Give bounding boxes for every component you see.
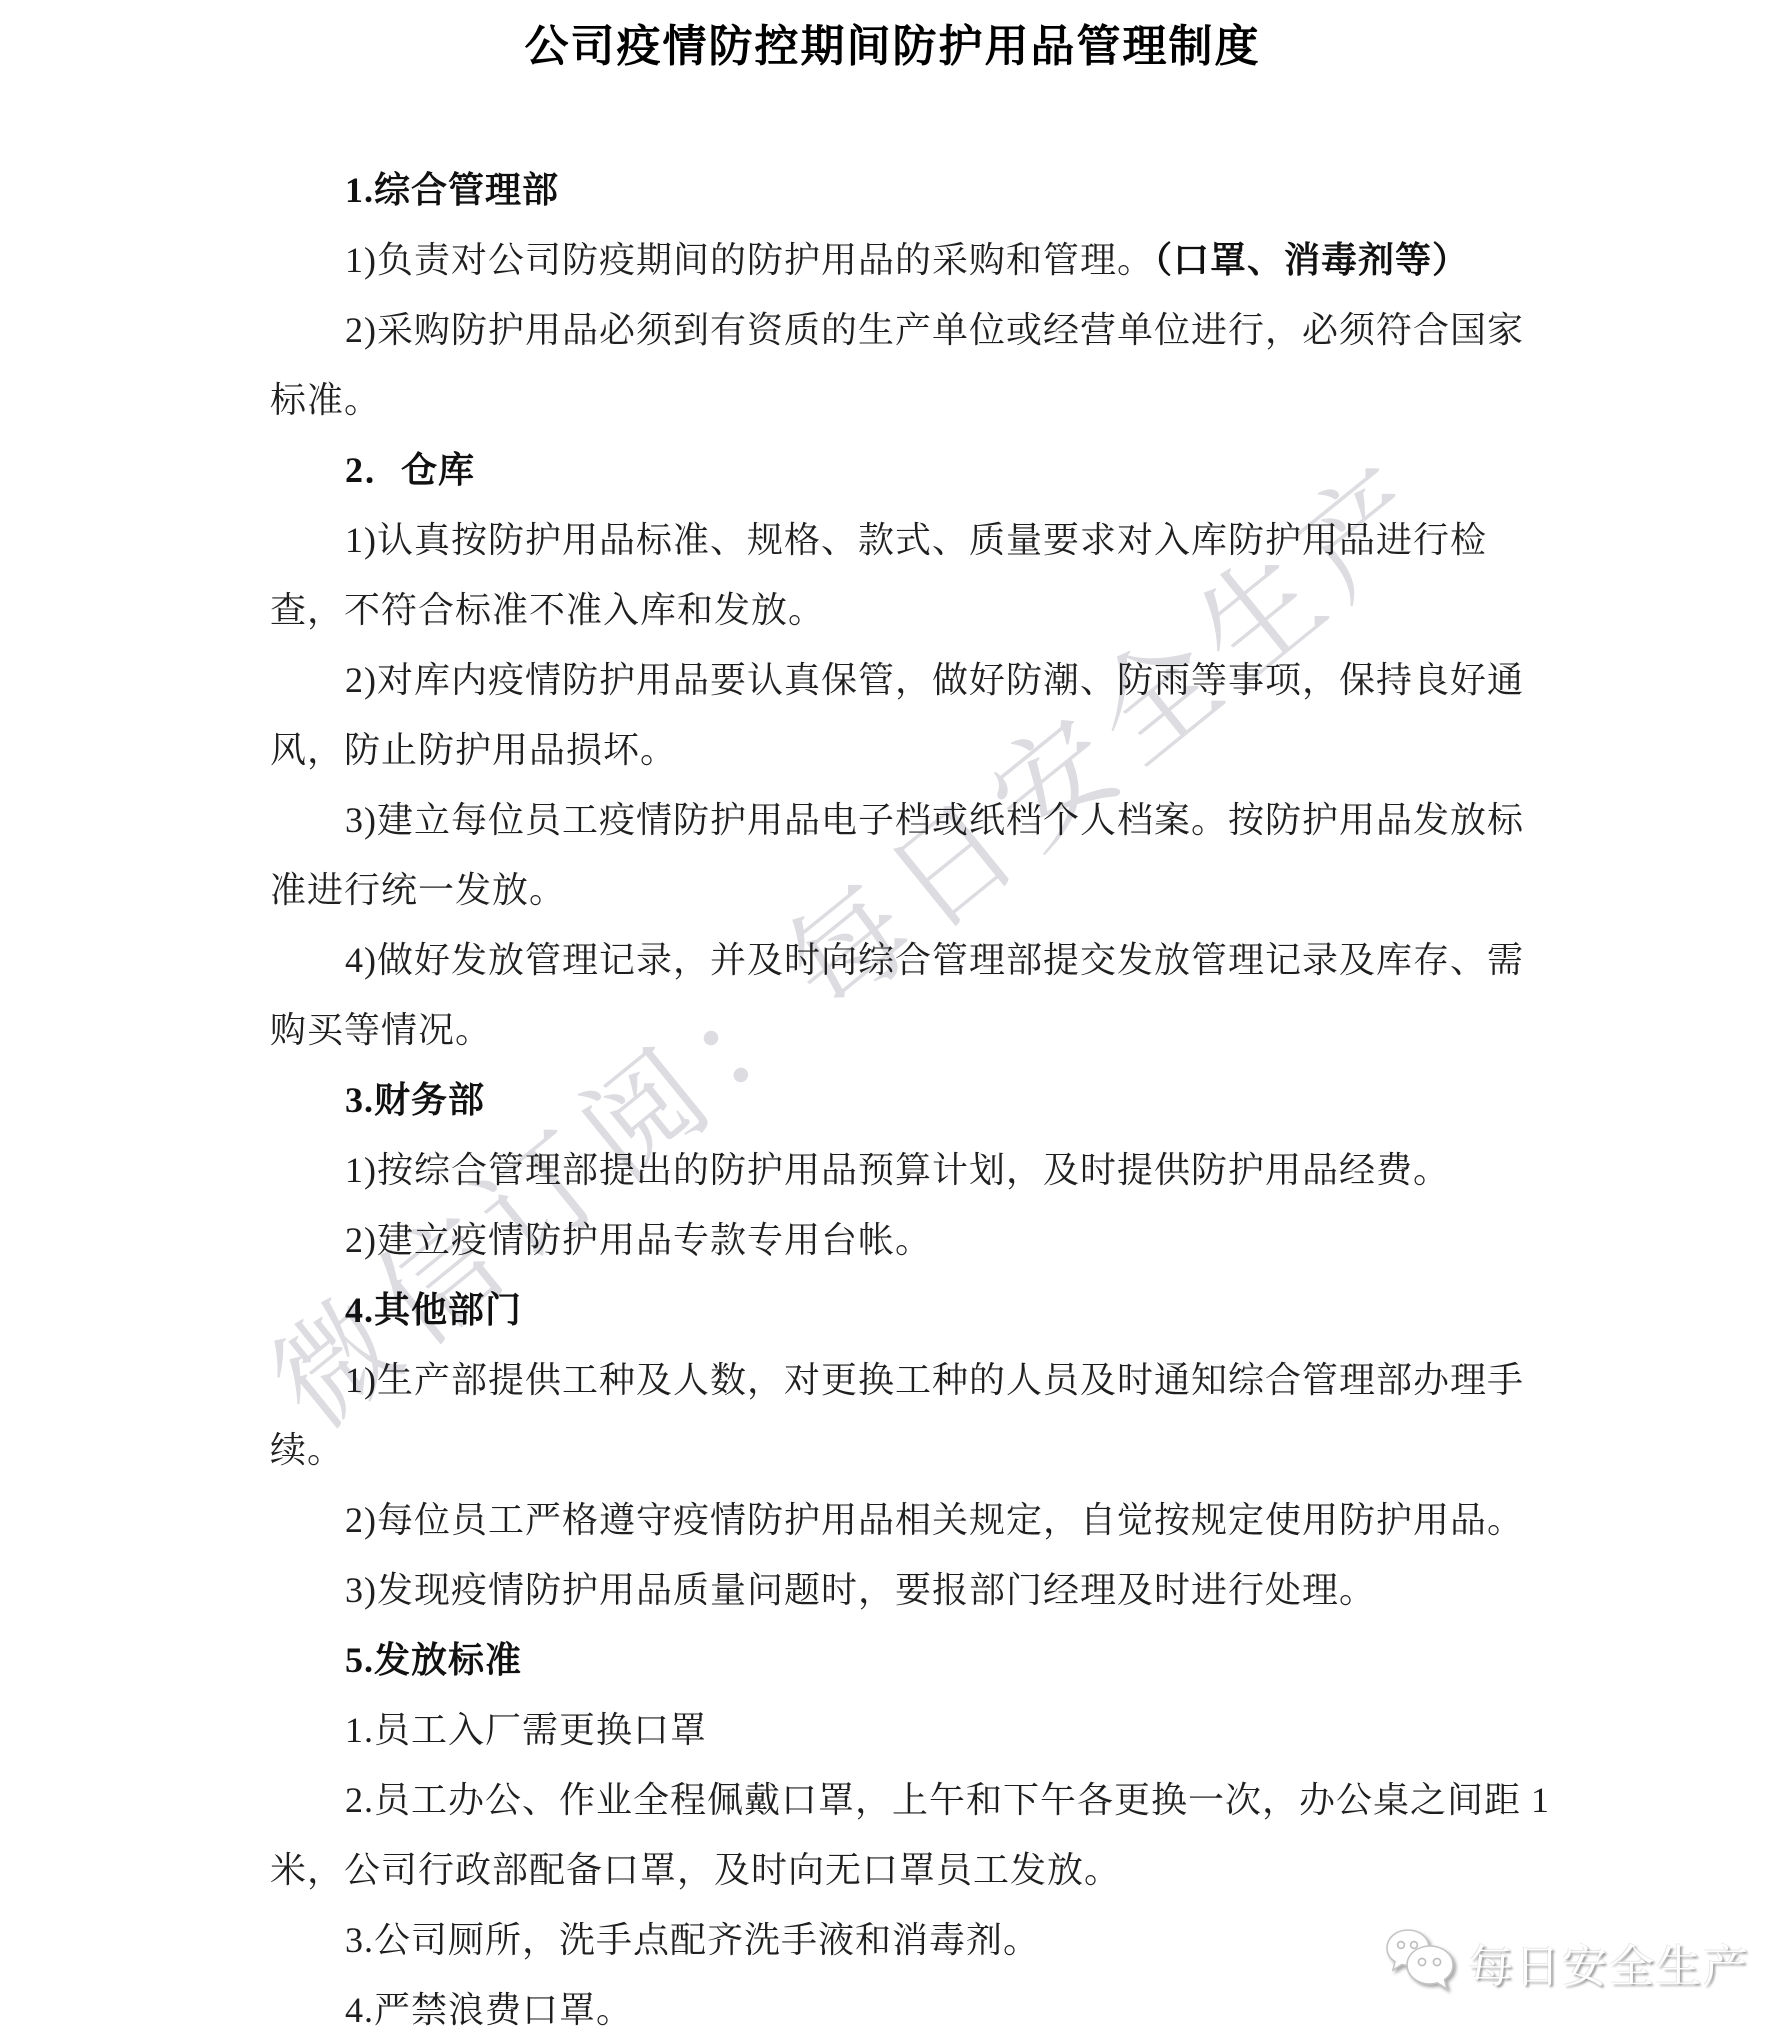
text-line: 风，防止防护用品损坏。 bbox=[270, 715, 1580, 785]
text-line: 2)每位员工严格遵守疫情防护用品相关规定，自觉按规定使用防护用品。 bbox=[270, 1485, 1580, 1555]
text-line: 2.员工办公、作业全程佩戴口罩，上午和下午各更换一次，办公桌之间距 1 bbox=[270, 1765, 1580, 1835]
text-line: 3)建立每位员工疫情防护用品电子档或纸档个人档案。按防护用品发放标 bbox=[270, 785, 1580, 855]
text-line: 1)认真按防护用品标准、规格、款式、质量要求对入库防护用品进行检 bbox=[270, 505, 1580, 575]
text-line: 续。 bbox=[270, 1415, 1580, 1485]
text-line: 标准。 bbox=[270, 365, 1580, 435]
wechat-icon bbox=[1378, 1922, 1462, 2002]
document-page: 微信订阅：每日安全生产 公司疫情防控期间防护用品管理制度 1.综合管理部1)负责… bbox=[0, 0, 1785, 2044]
section-heading: 4.其他部门 bbox=[270, 1275, 1580, 1345]
text-line: 1)按综合管理部提出的防护用品预算计划，及时提供防护用品经费。 bbox=[270, 1135, 1580, 1205]
footer-brand-text: 每日安全生产 bbox=[1468, 1930, 1750, 1995]
document-lines: 1.综合管理部1)负责对公司防疫期间的防护用品的采购和管理。（口罩、消毒剂等）2… bbox=[270, 155, 1580, 2044]
footer-brand: 每日安全生产 bbox=[1378, 1922, 1750, 2002]
text-line: 2)建立疫情防护用品专款专用台帐。 bbox=[270, 1205, 1580, 1275]
text-line: 1.员工入厂需更换口罩 bbox=[270, 1695, 1580, 1765]
text-line: 1)生产部提供工种及人数，对更换工种的人员及时通知综合管理部办理手 bbox=[270, 1345, 1580, 1415]
section-heading: 2．仓库 bbox=[270, 435, 1580, 505]
page-title: 公司疫情防控期间防护用品管理制度 bbox=[0, 10, 1785, 74]
section-heading: 1.综合管理部 bbox=[270, 155, 1580, 225]
text-line: 准进行统一发放。 bbox=[270, 855, 1580, 925]
text-line: 米，公司行政部配备口罩，及时向无口罩员工发放。 bbox=[270, 1835, 1580, 1905]
text-line: 2)采购防护用品必须到有资质的生产单位或经营单位进行，必须符合国家 bbox=[270, 295, 1580, 365]
section-heading: 5.发放标准 bbox=[270, 1625, 1580, 1695]
text-line: 查，不符合标准不准入库和发放。 bbox=[270, 575, 1580, 645]
text-line: 4)做好发放管理记录，并及时向综合管理部提交发放管理记录及库存、需 bbox=[270, 925, 1580, 995]
text-line: 购买等情况。 bbox=[270, 995, 1580, 1065]
text-line: 2)对库内疫情防护用品要认真保管，做好防潮、防雨等事项，保持良好通 bbox=[270, 645, 1580, 715]
section-heading: 3.财务部 bbox=[270, 1065, 1580, 1135]
text-line: 3)发现疫情防护用品质量问题时，要报部门经理及时进行处理。 bbox=[270, 1555, 1580, 1625]
text-line: 1)负责对公司防疫期间的防护用品的采购和管理。（口罩、消毒剂等） bbox=[270, 225, 1580, 295]
